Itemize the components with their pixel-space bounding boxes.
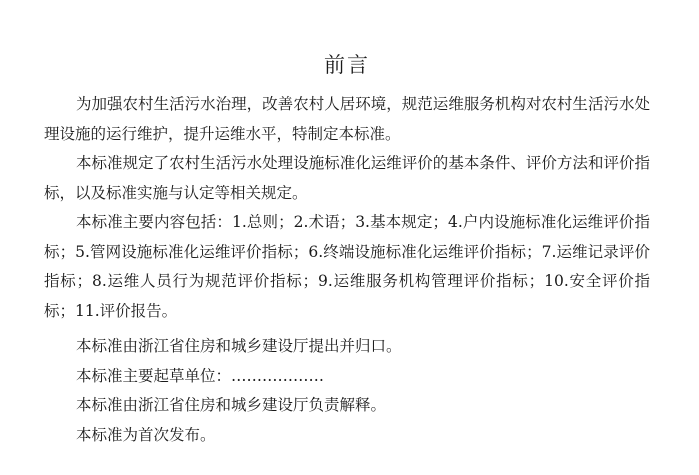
paragraph-scope: 本标准规定了农村生活污水处理设施标准化运维评价的基本条件、评价方法和评价指标，以… [44,149,650,208]
paragraph-interpretation: 本标准由浙江省住房和城乡建设厅负责解释。 [44,391,650,421]
paragraph-drafting-units: 本标准主要起草单位：……………… [44,362,650,392]
paragraph-proposer: 本标准由浙江省住房和城乡建设厅提出并归口。 [44,332,650,362]
paragraph-purpose: 为加强农村生活污水治理，改善农村人居环境，规范运维服务机构对农村生活污水处理设施… [44,90,650,149]
paragraph-first-release: 本标准为首次发布。 [44,421,650,451]
document-body: 为加强农村生活污水治理，改善农村人居环境，规范运维服务机构对农村生活污水处理设施… [44,90,650,450]
document-title: 前言 [44,50,650,80]
paragraph-contents: 本标准主要内容包括：1.总则；2.术语；3.基本规定；4.户内设施标准化运维评价… [44,208,650,326]
